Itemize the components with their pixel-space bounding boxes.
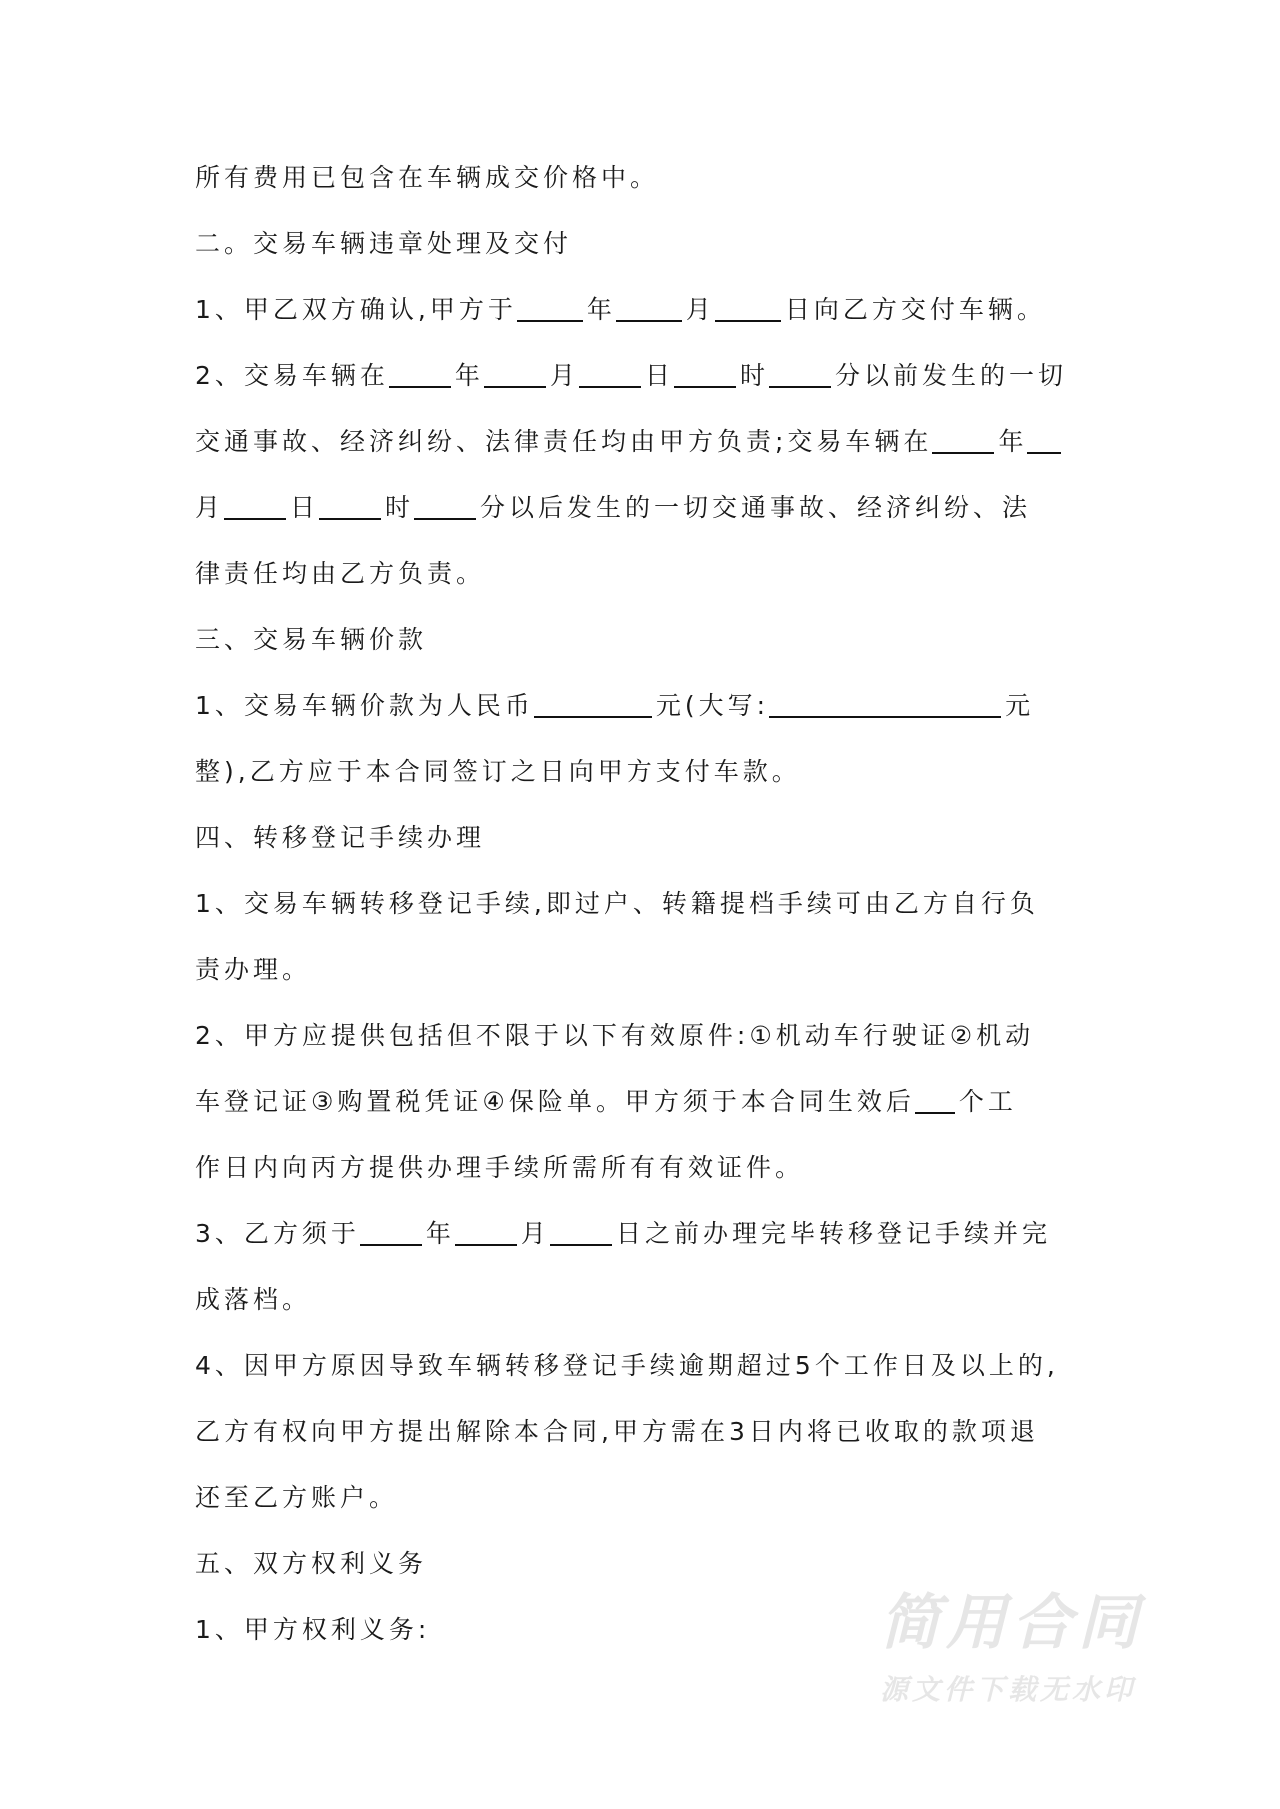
text-segment: 日向乙方交付车辆。: [785, 295, 1046, 324]
fill-in-blank: [534, 686, 652, 718]
fill-in-blank: [915, 1082, 955, 1114]
fill-in-blank: [579, 356, 641, 388]
text-line: 所有费用已包含在车辆成交价格中。: [195, 158, 1095, 224]
text-line: 2、交易车辆在年月日时分以前发生的一切: [195, 356, 1095, 422]
text-segment: 1、交易车辆转移登记手续,即过户、转籍提档手续可由乙方自行负: [195, 889, 1039, 918]
text-line: 四、转移登记手续办理: [195, 818, 1095, 884]
text-segment: 年: [587, 295, 616, 324]
text-segment: 作日内向丙方提供办理手续所需所有有效证件。: [195, 1153, 804, 1182]
text-segment: 元: [1005, 691, 1034, 720]
text-line: 月日时分以后发生的一切交通事故、经济纠纷、法: [195, 488, 1095, 554]
fill-in-blank: [932, 422, 994, 454]
text-segment: 1、甲方权利义务:: [195, 1615, 430, 1644]
fill-in-blank: [616, 290, 682, 322]
fill-in-blank: [715, 290, 781, 322]
document-body: 所有费用已包含在车辆成交价格中。二。交易车辆违章处理及交付1、甲乙双方确认,甲方…: [195, 158, 1095, 1676]
text-segment: 1、甲乙双方确认,甲方于: [195, 295, 517, 324]
fill-in-blank: [1027, 422, 1061, 454]
watermark-title: 简用合同: [880, 1590, 1180, 1656]
text-segment: 乙方有权向甲方提出解除本合同,甲方需在3日内将已收取的款项退: [195, 1417, 1039, 1446]
text-segment: 责办理。: [195, 955, 311, 984]
text-line: 律责任均由乙方负责。: [195, 554, 1095, 620]
fill-in-blank: [224, 488, 286, 520]
text-line: 二。交易车辆违章处理及交付: [195, 224, 1095, 290]
text-line: 车登记证③购置税凭证④保险单。甲方须于本合同生效后个工: [195, 1082, 1095, 1148]
text-segment: 元(大写:: [656, 691, 769, 720]
text-line: 成落档。: [195, 1280, 1095, 1346]
text-line: 1、甲乙双方确认,甲方于年月日向乙方交付车辆。: [195, 290, 1095, 356]
fill-in-blank: [414, 488, 476, 520]
text-line: 1、交易车辆价款为人民币元(大写:元: [195, 686, 1095, 752]
fill-in-blank: [550, 1214, 612, 1246]
text-segment: 月: [521, 1219, 550, 1248]
text-line: 交通事故、经济纠纷、法律责任均由甲方负责;交易车辆在年: [195, 422, 1095, 488]
fill-in-blank: [360, 1214, 422, 1246]
text-segment: 日之前办理完毕转移登记手续并完: [616, 1219, 1051, 1248]
text-segment: 3、乙方须于: [195, 1219, 360, 1248]
fill-in-blank: [389, 356, 451, 388]
document-page: 所有费用已包含在车辆成交价格中。二。交易车辆违章处理及交付1、甲乙双方确认,甲方…: [0, 0, 1280, 1809]
text-segment: 成落档。: [195, 1285, 311, 1314]
text-segment: 年: [998, 427, 1027, 456]
text-line: 3、乙方须于年月日之前办理完毕转移登记手续并完: [195, 1214, 1095, 1280]
watermark: 简用合同 源文件下载无水印: [880, 1590, 1180, 1708]
text-segment: 时: [385, 493, 414, 522]
text-segment: 律责任均由乙方负责。: [195, 559, 485, 588]
text-segment: 4、因甲方原因导致车辆转移登记手续逾期超过5个工作日及以上的,: [195, 1351, 1059, 1380]
text-segment: 五、双方权利义务: [195, 1549, 427, 1578]
fill-in-blank: [319, 488, 381, 520]
text-segment: 二。交易车辆违章处理及交付: [195, 229, 572, 258]
text-segment: 分以后发生的一切交通事故、经济纠纷、法: [480, 493, 1031, 522]
text-segment: 车登记证③购置税凭证④保险单。甲方须于本合同生效后: [195, 1087, 915, 1116]
text-segment: 日: [290, 493, 319, 522]
fill-in-blank: [484, 356, 546, 388]
text-segment: 个工: [959, 1087, 1017, 1116]
text-segment: 2、甲方应提供包括但不限于以下有效原件:①机动车行驶证②机动: [195, 1021, 1034, 1050]
text-segment: 交通事故、经济纠纷、法律责任均由甲方负责;交易车辆在: [195, 427, 932, 456]
text-segment: 所有费用已包含在车辆成交价格中。: [195, 163, 659, 192]
text-segment: 年: [455, 361, 484, 390]
text-line: 还至乙方账户。: [195, 1478, 1095, 1544]
text-line: 三、交易车辆价款: [195, 620, 1095, 686]
fill-in-blank: [769, 686, 1001, 718]
fill-in-blank: [769, 356, 831, 388]
text-segment: 四、转移登记手续办理: [195, 823, 485, 852]
fill-in-blank: [674, 356, 736, 388]
text-line: 作日内向丙方提供办理手续所需所有有效证件。: [195, 1148, 1095, 1214]
fill-in-blank: [517, 290, 583, 322]
text-line: 责办理。: [195, 950, 1095, 1016]
text-segment: 三、交易车辆价款: [195, 625, 427, 654]
text-segment: 整),乙方应于本合同签订之日向甲方支付车款。: [195, 757, 801, 786]
text-segment: 年: [426, 1219, 455, 1248]
fill-in-blank: [455, 1214, 517, 1246]
text-line: 整),乙方应于本合同签订之日向甲方支付车款。: [195, 752, 1095, 818]
text-segment: 月: [550, 361, 579, 390]
text-segment: 月: [686, 295, 715, 324]
text-segment: 时: [740, 361, 769, 390]
text-segment: 还至乙方账户。: [195, 1483, 398, 1512]
text-segment: 1、交易车辆价款为人民币: [195, 691, 534, 720]
text-segment: 分以前发生的一切: [835, 361, 1067, 390]
text-segment: 月: [195, 493, 224, 522]
text-line: 4、因甲方原因导致车辆转移登记手续逾期超过5个工作日及以上的,: [195, 1346, 1095, 1412]
text-line: 乙方有权向甲方提出解除本合同,甲方需在3日内将已收取的款项退: [195, 1412, 1095, 1478]
text-line: 2、甲方应提供包括但不限于以下有效原件:①机动车行驶证②机动: [195, 1016, 1095, 1082]
text-segment: 2、交易车辆在: [195, 361, 389, 390]
text-segment: 日: [645, 361, 674, 390]
watermark-subtitle: 源文件下载无水印: [880, 1672, 1180, 1708]
text-line: 1、交易车辆转移登记手续,即过户、转籍提档手续可由乙方自行负: [195, 884, 1095, 950]
